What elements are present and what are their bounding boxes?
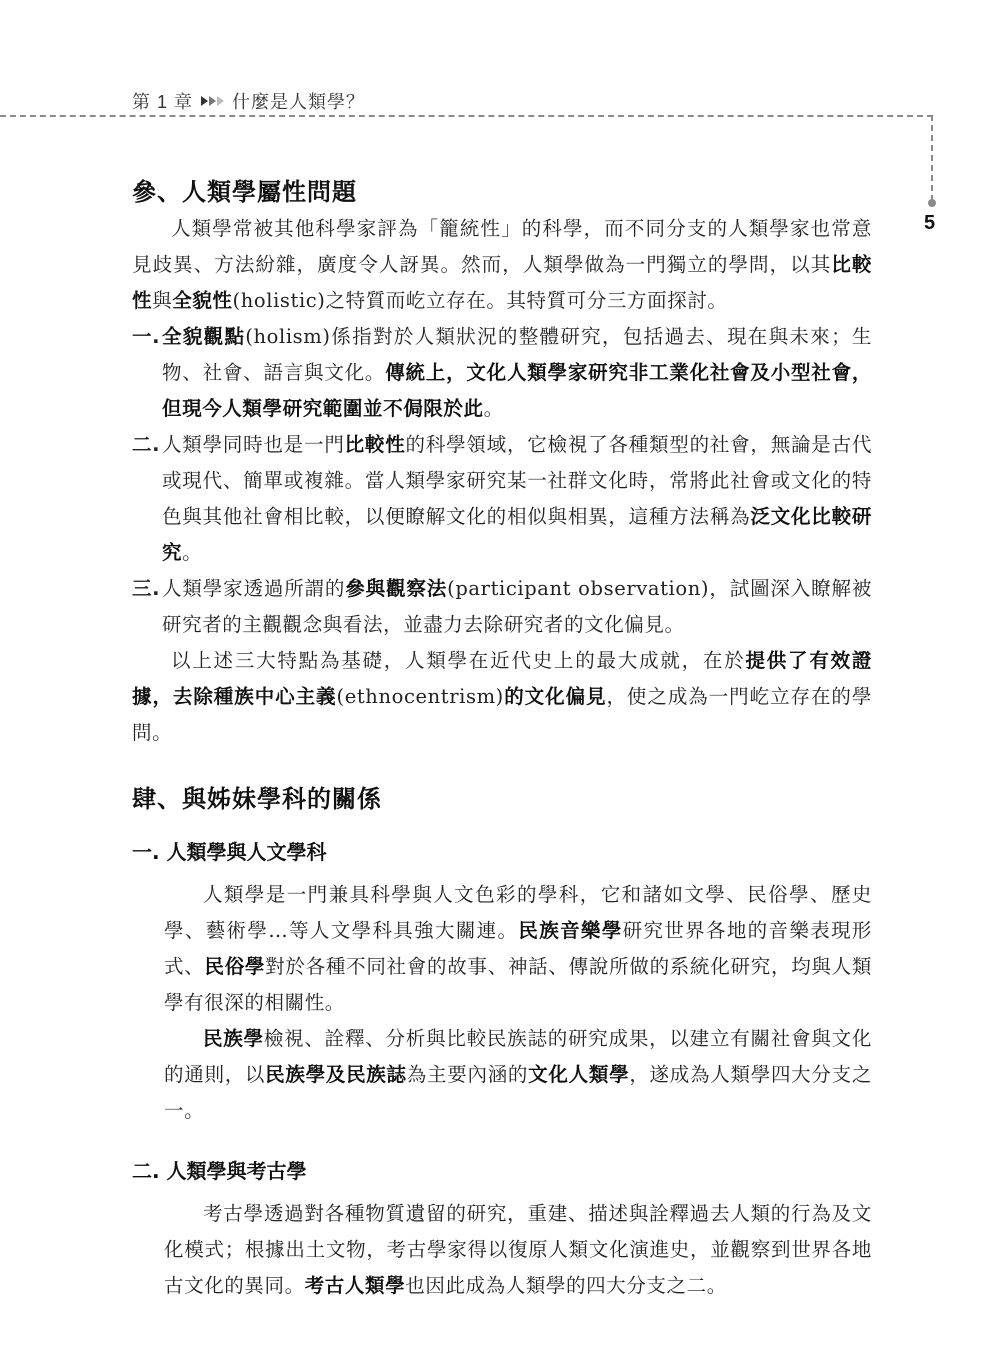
emphasis-text: 民俗學 xyxy=(204,955,265,978)
body-text: (holistic)之特質而屹立存在。其特質可分三方面探討。 xyxy=(233,289,728,312)
chapter-title: 什麼是人類學？ xyxy=(232,88,365,114)
subsection-paragraph: 考古學透過對各種物質遺留的研究，重建、描述與詮釋過去人類的行為及文化模式；根據出… xyxy=(132,1196,872,1304)
margin-dashed-rule xyxy=(931,115,933,201)
body-text: 。 xyxy=(182,541,202,564)
emphasis-text: 參與觀察法 xyxy=(345,577,447,600)
list-number: 三. xyxy=(132,571,160,607)
triple-arrow-icon xyxy=(201,96,224,106)
section-3-intro: 人類學常被其他科學家評為「籠統性」的科學，而不同分支的人類學家也常意見歧異、方法… xyxy=(132,211,872,319)
subsection-paragraph: 民族學檢視、詮釋、分析與比較民族誌的研究成果，以建立有關社會與文化的通則，以民族… xyxy=(132,1021,872,1129)
sister-disciplines: 一. 人類學與人文學科人類學是一門兼具科學與人文色彩的學科，它和諸如文學、民俗學… xyxy=(132,836,872,1304)
list-number: 二. xyxy=(132,427,160,463)
running-head: 第 1 章 什麼是人類學？ xyxy=(132,88,365,114)
emphasis-text: 民族音樂學 xyxy=(518,919,622,942)
section-3-conclusion: 以上述三大特點為基礎，人類學在近代史上的最大成就，在於提供了有效證據，去除種族中… xyxy=(132,643,872,751)
body-text: (ethnocentrism) xyxy=(337,685,504,708)
section-heading-3: 參、人類學屬性問題 xyxy=(132,172,872,207)
page-number: 5 xyxy=(924,212,935,235)
emphasis-text: 比較性 xyxy=(345,433,406,456)
section-heading-4: 肆、與姊妹學科的關係 xyxy=(132,779,872,814)
emphasis-text: 文化人類學 xyxy=(528,1063,629,1086)
body-text: 人類學家透過所謂的 xyxy=(162,577,345,600)
emphasis-text: 民族學及民族誌 xyxy=(265,1063,407,1086)
body-text: 為主要內涵的 xyxy=(407,1063,528,1086)
body-text: 以上述三大特點為基礎，人類學在近代史上的最大成就，在於 xyxy=(171,649,746,672)
body-text: 人類學常被其他科學家評為「籠統性」的科學，而不同分支的人類學家也常意見歧異、方法… xyxy=(132,217,872,276)
list-item: 二.人類學同時也是一門比較性的科學領域，它檢視了各種類型的社會，無論是古代或現代… xyxy=(132,427,872,571)
list-number: 一. xyxy=(132,319,160,355)
page-marker-dot xyxy=(928,199,936,207)
subsection-heading: 二. 人類學與考古學 xyxy=(132,1155,872,1184)
emphasis-text: 的文化偏見 xyxy=(504,685,607,708)
emphasis-text: 民族學 xyxy=(203,1027,264,1050)
body-text: 也因此成為人類學的四大分支之二。 xyxy=(405,1274,727,1297)
body-text: 與 xyxy=(152,289,172,312)
emphasis-text: 考古人類學 xyxy=(305,1274,406,1297)
chapter-label: 第 1 章 xyxy=(132,88,193,114)
body-text: 對於各種不同社會的故事、神話、傳說所做的系統化研究，均與人類學有很深的相關性。 xyxy=(164,955,872,1014)
body-text: 。 xyxy=(484,397,504,420)
list-item: 一.全貌觀點(holism)係指對於人類狀況的整體研究，包括過去、現在與未來；生… xyxy=(132,319,872,427)
emphasis-text: 全貌觀點 xyxy=(162,325,245,348)
subsection-heading: 一. 人類學與人文學科 xyxy=(132,836,872,865)
subsection-paragraph: 人類學是一門兼具科學與人文色彩的學科，它和諸如文學、民俗學、歷史學、藝術學…等人… xyxy=(132,877,872,1021)
header-dashed-rule xyxy=(0,115,933,117)
list-item: 三.人類學家透過所謂的參與觀察法(participant observation… xyxy=(132,571,872,643)
body-text: 人類學同時也是一門 xyxy=(162,433,345,456)
page-body: 參、人類學屬性問題 人類學常被其他科學家評為「籠統性」的科學，而不同分支的人類學… xyxy=(132,172,872,1304)
emphasis-text: 全貌性 xyxy=(172,289,232,312)
property-list: 一.全貌觀點(holism)係指對於人類狀況的整體研究，包括過去、現在與未來；生… xyxy=(132,319,872,643)
